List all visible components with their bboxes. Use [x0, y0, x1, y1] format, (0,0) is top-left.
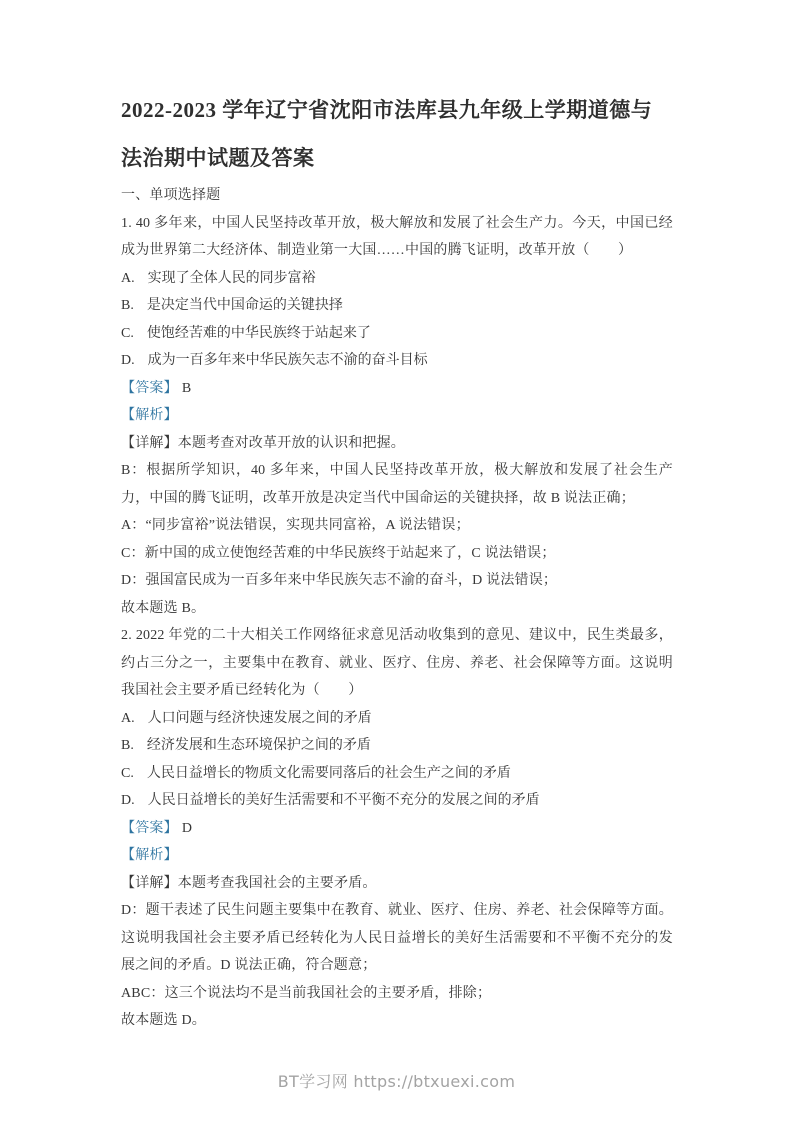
answer-line: 【答案】D	[121, 815, 673, 843]
question-block-1: 1. 40 多年来，中国人民坚持改革开放，极大解放和发展了社会生产力。今天，中国…	[121, 210, 673, 623]
doc-title: 2022-2023 学年辽宁省沈阳市法库县九年级上学期道德与法治期中试题及答案	[121, 86, 673, 182]
option-label: D.	[121, 347, 135, 375]
option-text: 是决定当代中国命运的关键抉择	[147, 298, 343, 313]
answer-label: 【答案】	[121, 821, 178, 836]
explanation-paragraph: 【详解】本题考查我国社会的主要矛盾。	[121, 870, 673, 898]
explanation-paragraph: C：新中国的成立使饱经苦难的中华民族终于站起来了，C 说法错误；	[121, 540, 673, 568]
option-label: A.	[121, 705, 135, 733]
document-page: 2022-2023 学年辽宁省沈阳市法库县九年级上学期道德与法治期中试题及答案 …	[0, 0, 793, 1122]
option-label: A.	[121, 265, 135, 293]
option-row: B.经济发展和生态环境保护之间的矛盾	[121, 732, 673, 760]
analysis-line: 【解析】	[121, 842, 673, 870]
option-row: C.使饱经苦难的中华民族终于站起来了	[121, 320, 673, 348]
option-text: 经济发展和生态环境保护之间的矛盾	[147, 738, 371, 753]
option-text: 成为一百多年来中华民族矢志不渝的奋斗目标	[148, 353, 428, 368]
option-label: B.	[121, 292, 134, 320]
question-block-2: 2. 2022 年党的二十大相关工作网络征求意见活动收集到的意见、建议中，民生类…	[121, 622, 673, 1035]
section-heading: 一、单项选择题	[121, 182, 673, 210]
answer-value: B	[182, 381, 192, 396]
option-label: D.	[121, 787, 135, 815]
option-row: B.是决定当代中国命运的关键抉择	[121, 292, 673, 320]
explanation-paragraph: 故本题选 D。	[121, 1007, 673, 1035]
answer-value: D	[182, 821, 192, 836]
explanation-paragraph: D：题干表述了民生问题主要集中在教育、就业、医疗、住房、养老、社会保障等方面。这…	[121, 897, 673, 980]
answer-line: 【答案】B	[121, 375, 673, 403]
explanation-paragraph: ABC：这三个说法均不是当前我国社会的主要矛盾，排除；	[121, 980, 673, 1008]
option-row: A.人口问题与经济快速发展之间的矛盾	[121, 705, 673, 733]
option-text: 使饱经苦难的中华民族终于站起来了	[147, 326, 371, 341]
question-stem: 2. 2022 年党的二十大相关工作网络征求意见活动收集到的意见、建议中，民生类…	[121, 622, 673, 705]
page-footer: BT学习网 https://btxuexi.com	[0, 1069, 793, 1092]
option-label: B.	[121, 732, 134, 760]
explanation-paragraph: D：强国富民成为一百多年来中华民族矢志不渝的奋斗，D 说法错误；	[121, 567, 673, 595]
option-text: 人民日益增长的美好生活需要和不平衡不充分的发展之间的矛盾	[148, 793, 540, 808]
option-label: C.	[121, 760, 134, 788]
analysis-label: 【解析】	[121, 408, 178, 423]
option-text: 人民日益增长的物质文化需要同落后的社会生产之间的矛盾	[147, 766, 511, 781]
option-row: C.人民日益增长的物质文化需要同落后的社会生产之间的矛盾	[121, 760, 673, 788]
explanation-paragraph: 【详解】本题考查对改革开放的认识和把握。	[121, 430, 673, 458]
analysis-line: 【解析】	[121, 402, 673, 430]
explanation-paragraph: 故本题选 B。	[121, 595, 673, 623]
question-stem: 1. 40 多年来，中国人民坚持改革开放，极大解放和发展了社会生产力。今天，中国…	[121, 210, 673, 265]
analysis-label: 【解析】	[121, 848, 178, 863]
option-label: C.	[121, 320, 134, 348]
option-row: D.人民日益增长的美好生活需要和不平衡不充分的发展之间的矛盾	[121, 787, 673, 815]
explanation-paragraph: A：“同步富裕”说法错误，实现共同富裕，A 说法错误；	[121, 512, 673, 540]
option-row: A.实现了全体人民的同步富裕	[121, 265, 673, 293]
option-text: 人口问题与经济快速发展之间的矛盾	[148, 711, 372, 726]
explanation-paragraph: B：根据所学知识，40 多年来，中国人民坚持改革开放，极大解放和发展了社会生产力…	[121, 457, 673, 512]
option-text: 实现了全体人民的同步富裕	[148, 271, 316, 286]
answer-label: 【答案】	[121, 381, 178, 396]
option-row: D.成为一百多年来中华民族矢志不渝的奋斗目标	[121, 347, 673, 375]
